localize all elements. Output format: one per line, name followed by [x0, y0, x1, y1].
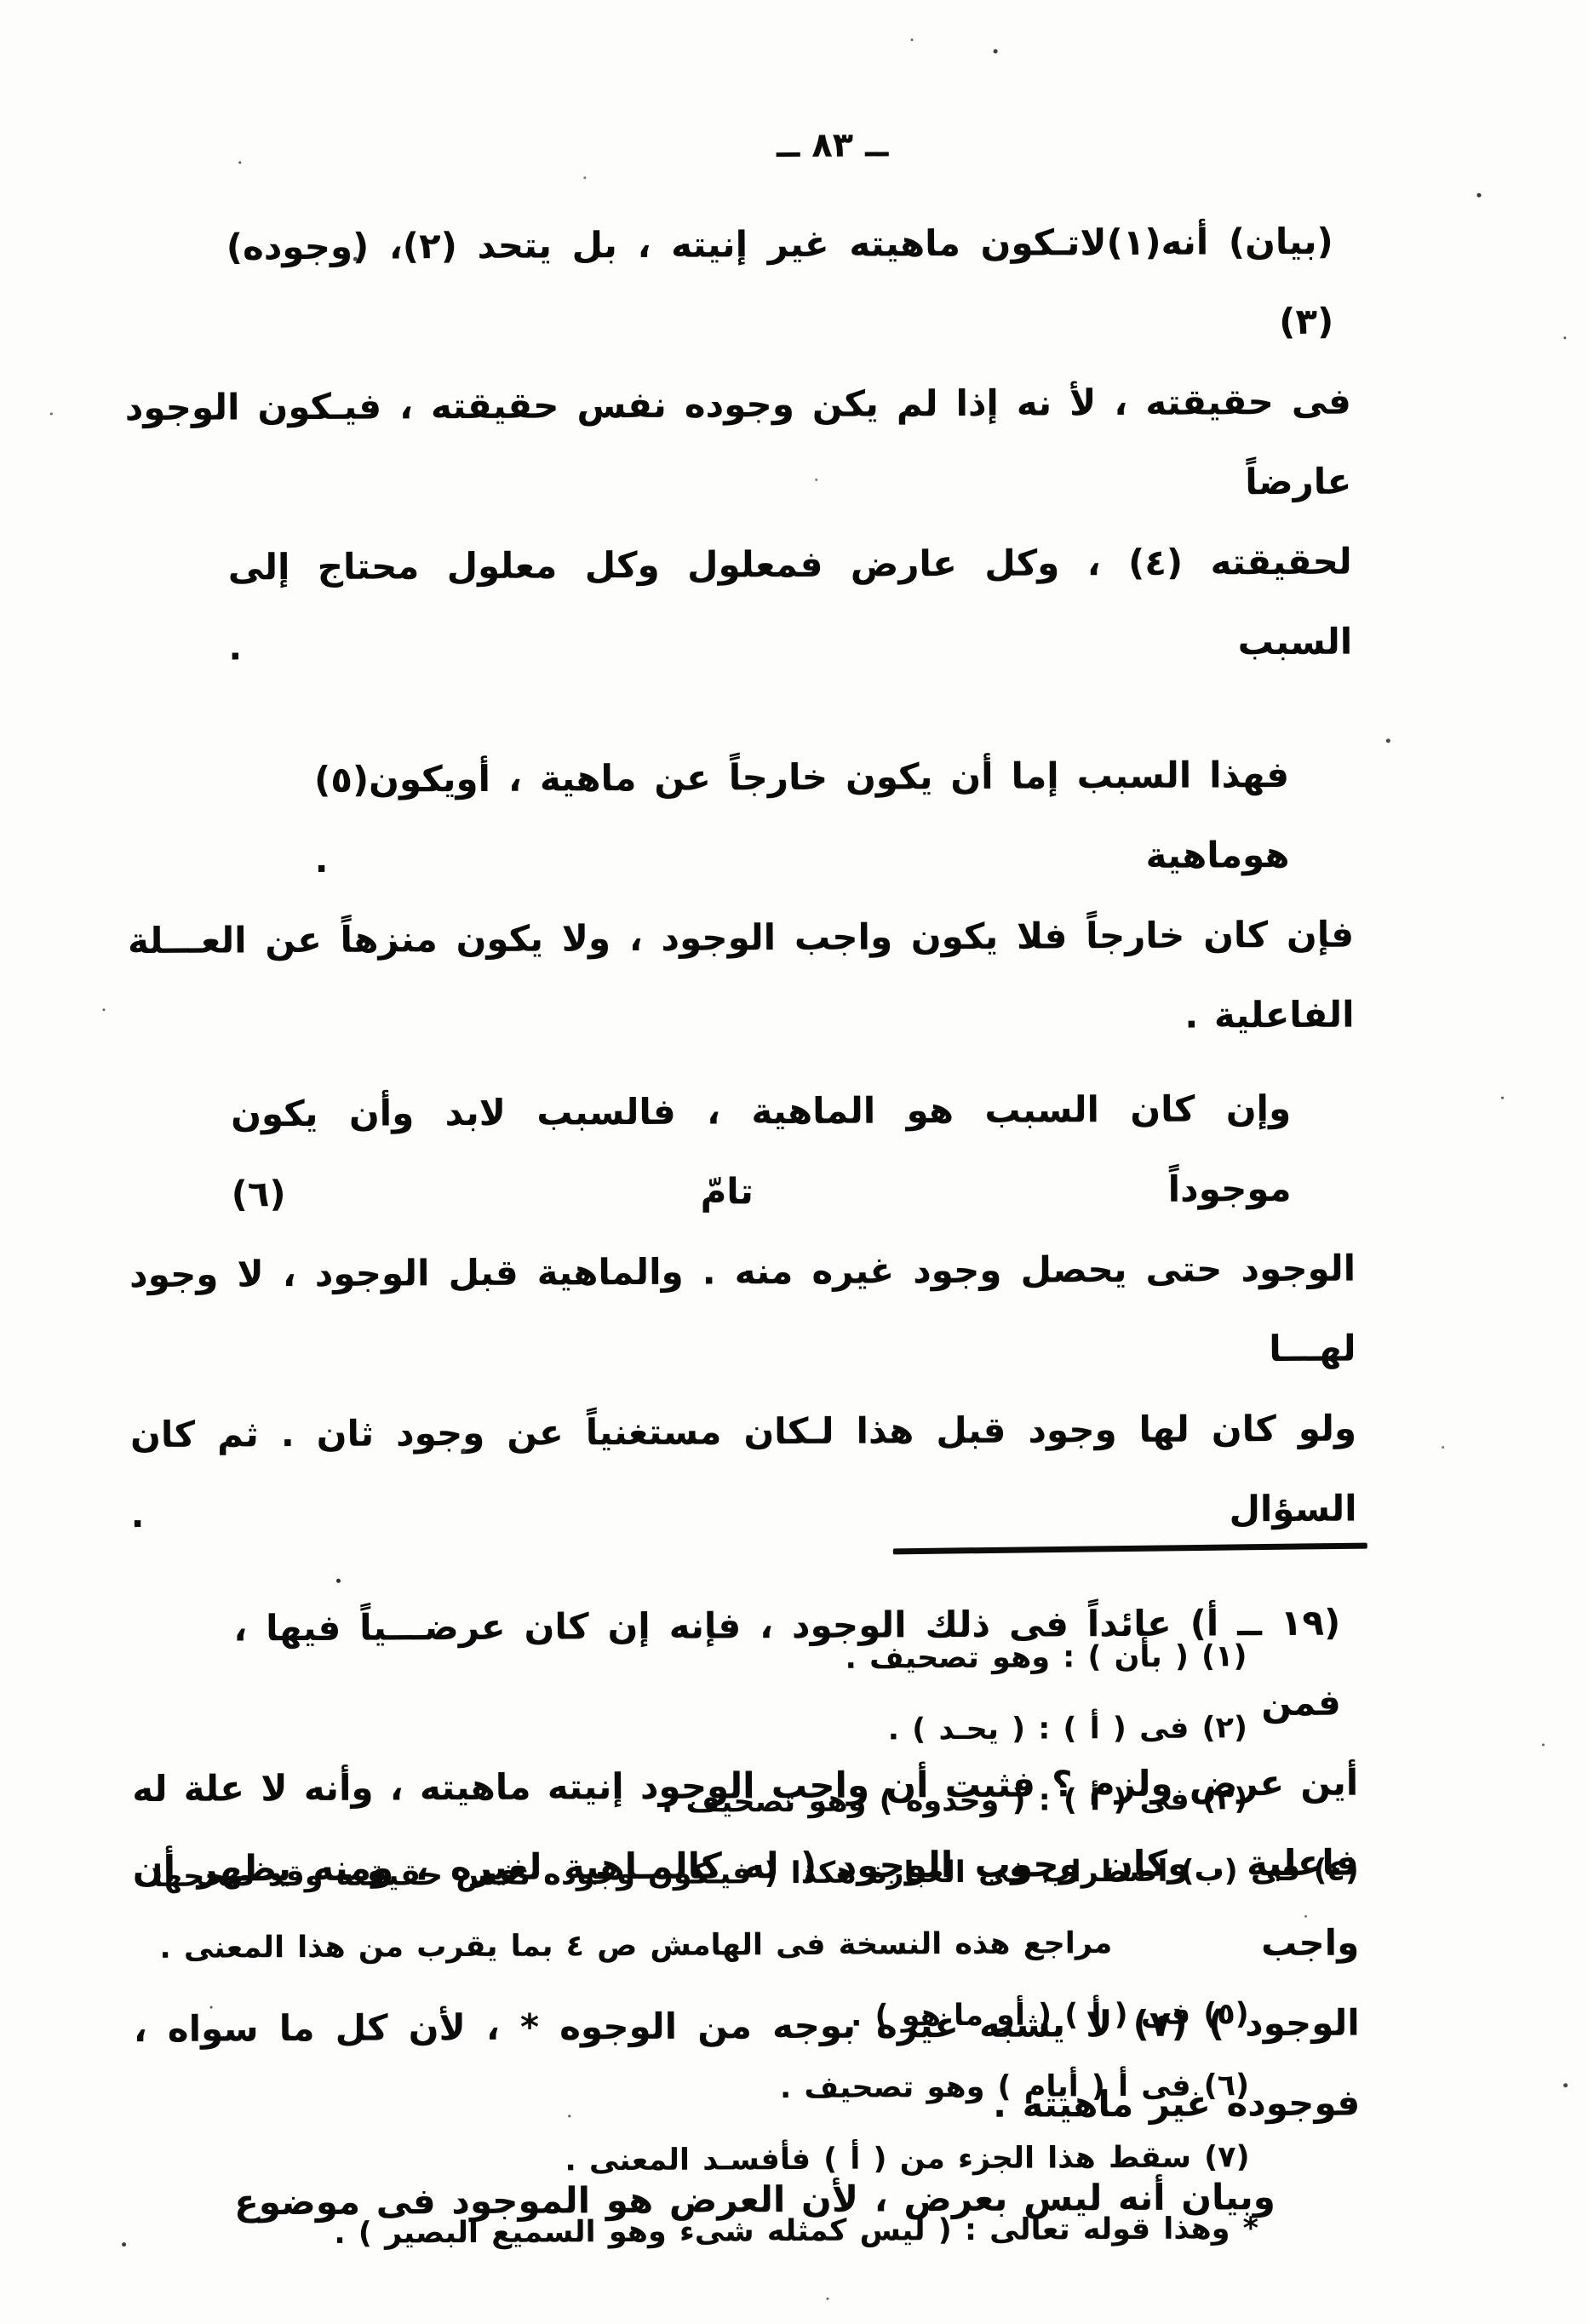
body-line: فإن كان خارجاً فلا يكون واجب الوجود ، ول…	[128, 895, 1354, 982]
footnote-line: (٣) فى ( أ ) : ( وحذوه ) وهو تصحيف .	[132, 1764, 1358, 1842]
page-number: ــ ٨٣ ــ	[38, 122, 1588, 169]
body-line: فهذا السبب إما أن يكون خارجاً عن ماهية ،…	[127, 735, 1354, 902]
body-line: الوجود حتى يحصل وجود غيره منه . والماهية…	[129, 1229, 1356, 1396]
footnote-line: * وهذا قوله تعالى : ( ليس كمثله شىء وهو …	[135, 2193, 1361, 2271]
footnote-line: (٧) سقط هذا الجزء من ( أ ) فأفسـد المعنى…	[134, 2121, 1360, 2200]
body-line: ولو كان لها وجود قبل هذا لـكان مستغنياً …	[130, 1389, 1357, 1556]
body-line: وإن كان السبب هو الماهية ، فالسبب لابد و…	[129, 1069, 1356, 1236]
page-content: ــ ٨٣ ــ (بيان) أنه(١)لاتـكون ماهيته غير…	[0, 0, 1588, 2324]
paragraph-3: وإن كان السبب هو الماهية ، فالسبب لابد و…	[129, 1069, 1357, 1556]
body-line: (بيان) أنه(١)لاتـكون ماهيته غير إنيته ، …	[124, 202, 1351, 369]
paragraph-2: فهذا السبب إما أن يكون خارجاً عن ماهية ،…	[127, 735, 1355, 1062]
footnotes-section: (١) ( بأن ) : وهو تصحيف . (٢) فى ( أ ) :…	[131, 1621, 1361, 2271]
body-line: الفاعلية .	[128, 975, 1354, 1062]
footnote-line: (٢) فى ( أ ) : ( يحـد ) .	[132, 1692, 1358, 1770]
footnote-line: مراجع هذه النسخة فى الهامش ص ٤ بما يقرب …	[133, 1907, 1359, 1985]
footnote-line: (٦) فى أ ( أيام ) وهو تصحيف .	[134, 2050, 1360, 2128]
scanned-book-page: ــ ٨٣ ــ (بيان) أنه(١)لاتـكون ماهيته غير…	[0, 0, 1588, 2324]
paragraph-1: (بيان) أنه(١)لاتـكون ماهيته غير إنيته ، …	[124, 202, 1353, 689]
footnote-line: (٤) فى (ب) اضطراب فى العبارة هكذا ( فيـك…	[133, 1835, 1359, 1914]
body-line: لحقيقته (٤) ، وكل عارض فمعلول وكل معلول …	[126, 522, 1353, 689]
body-line: فى حقيقته ، لأ نه إذا لم يكن وجوده نفس ح…	[125, 362, 1352, 529]
footnote-line: (١) ( بأن ) : وهو تصحيف .	[131, 1621, 1357, 1699]
footnote-line: (٥) فى ( أ ) ( أو ما هو ) .	[133, 1978, 1359, 2057]
